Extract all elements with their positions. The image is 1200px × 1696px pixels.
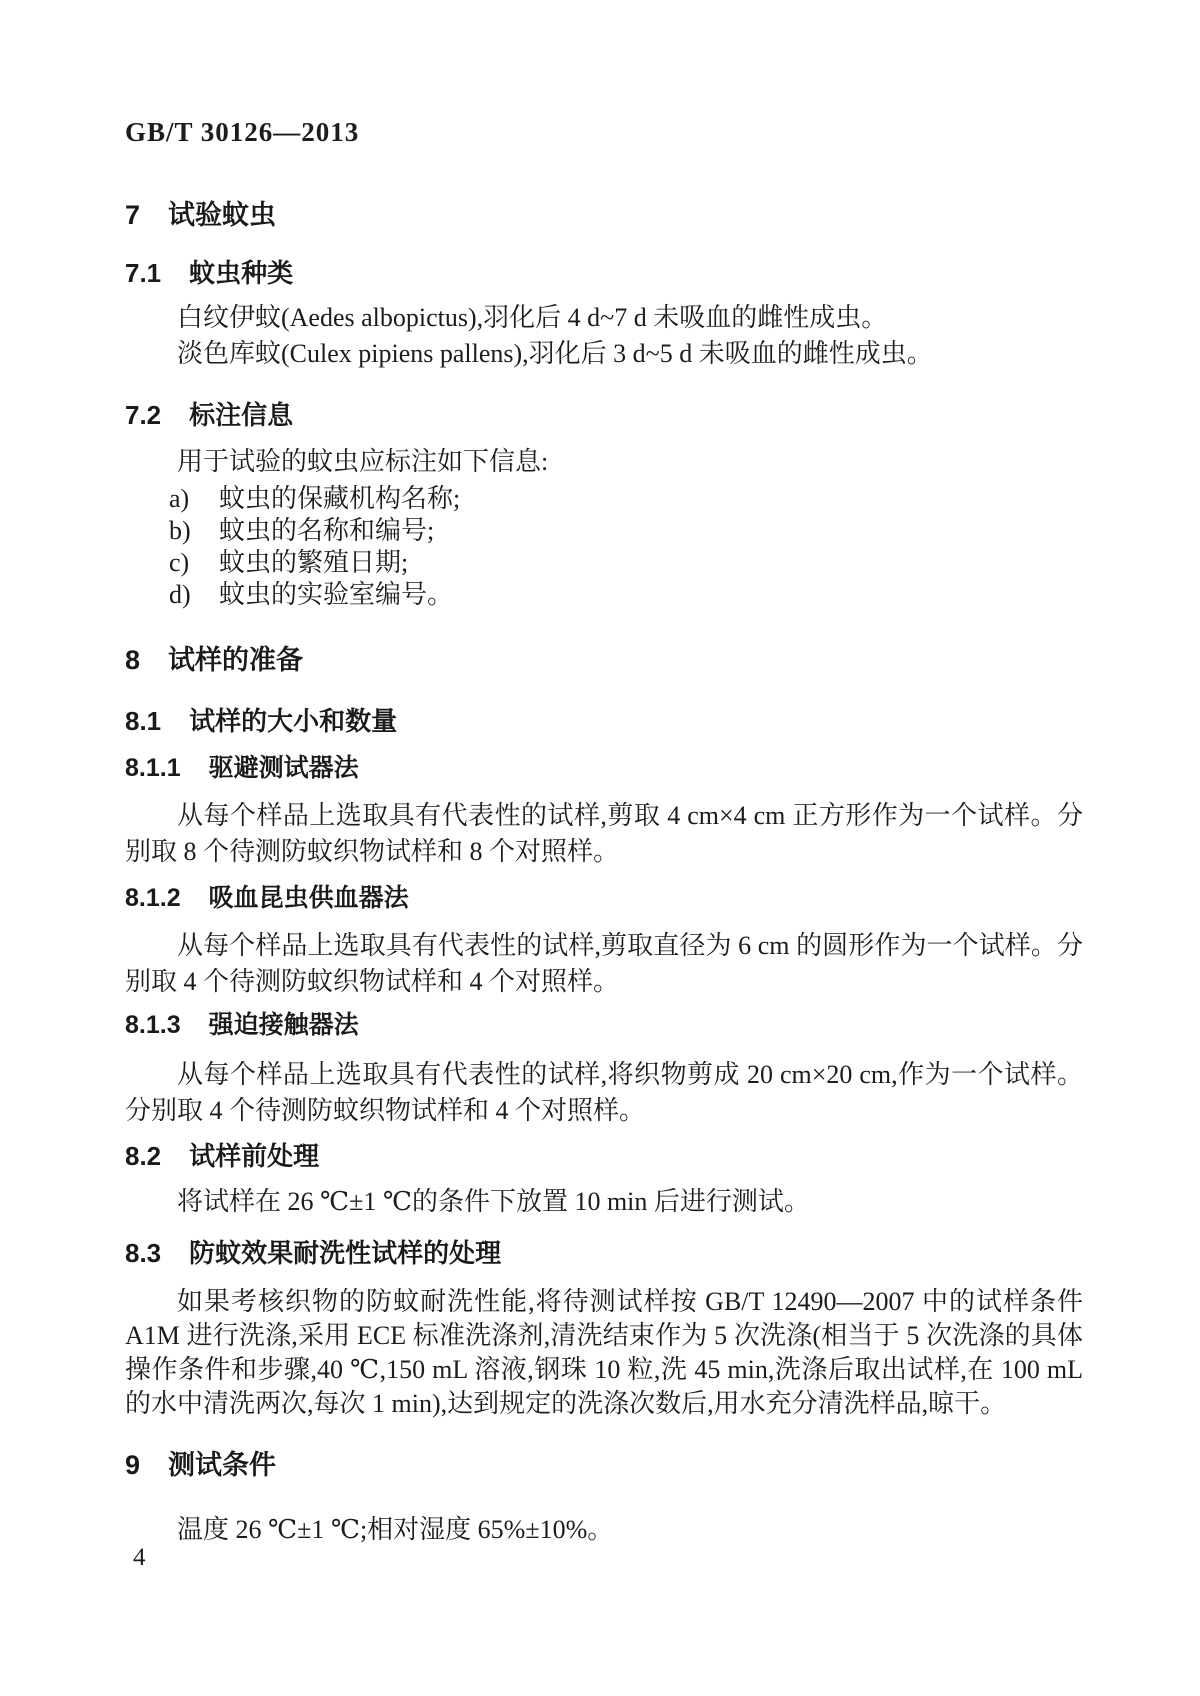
list-item-label: a)	[169, 483, 219, 515]
section-title: 强迫接触器法	[209, 1011, 359, 1039]
section-8-1-1-heading: 8.1.1驱避测试器法	[125, 753, 1083, 783]
section-title: 蚊虫种类	[189, 258, 293, 288]
section-title: 试样的准备	[168, 645, 303, 675]
section-title: 试样的大小和数量	[189, 706, 397, 736]
section-8-1-3-heading: 8.1.3强迫接触器法	[125, 1010, 1083, 1040]
standard-number-header: GB/T 30126—2013	[125, 118, 1083, 146]
section-number: 7	[125, 200, 140, 230]
section-title: 试验蚊虫	[168, 200, 276, 230]
section-title: 驱避测试器法	[209, 754, 359, 782]
section-number: 9	[125, 1450, 140, 1480]
paragraph: 淡色库蚊(Culex pipiens pallens),羽化后 3 d~5 d …	[125, 336, 1083, 372]
section-title: 标注信息	[189, 400, 293, 430]
section-number: 7.1	[125, 258, 161, 288]
paragraph: 从每个样品上选取具有代表性的试样,将织物剪成 20 cm×20 cm,作为一个试…	[125, 1057, 1083, 1129]
list-item-label: b)	[169, 515, 219, 547]
section-8-3-heading: 8.3防蚊效果耐洗性试样的处理	[125, 1238, 1083, 1268]
page-content: GB/T 30126—2013 7试验蚊虫 7.1蚊虫种类 白纹伊蚊(Aedes…	[125, 0, 1083, 1572]
section-8-1-heading: 8.1试样的大小和数量	[125, 706, 1083, 736]
section-number: 8.1.2	[125, 884, 181, 912]
section-8-heading: 8试样的准备	[125, 645, 1083, 675]
page-number: 4	[133, 1544, 1083, 1572]
list-item-label: d)	[169, 579, 219, 611]
section-7-1-heading: 7.1蚊虫种类	[125, 258, 1083, 288]
paragraph: 温度 26 ℃±1 ℃;相对湿度 65%±10%。	[125, 1512, 1083, 1548]
paragraph: 从每个样品上选取具有代表性的试样,剪取直径为 6 cm 的圆形作为一个试样。分别…	[125, 928, 1083, 1000]
list-item: d)蚊虫的实验室编号。	[125, 579, 1083, 611]
section-number: 8.1.1	[125, 754, 181, 782]
paragraph: 如果考核织物的防蚊耐洗性能,将待测试样按 GB/T 12490—2007 中的试…	[125, 1285, 1083, 1421]
section-number: 8.3	[125, 1238, 161, 1268]
section-8-1-2-heading: 8.1.2吸血昆虫供血器法	[125, 883, 1083, 913]
section-7-heading: 7试验蚊虫	[125, 200, 1083, 230]
paragraph: 从每个样品上选取具有代表性的试样,剪取 4 cm×4 cm 正方形作为一个试样。…	[125, 798, 1083, 870]
list-item-text: 蚊虫的繁殖日期;	[219, 547, 408, 579]
document-page: GB/T 30126—2013 7试验蚊虫 7.1蚊虫种类 白纹伊蚊(Aedes…	[0, 0, 1200, 1696]
paragraph: 用于试验的蚊虫应标注如下信息:	[125, 444, 1083, 480]
list-item: c)蚊虫的繁殖日期;	[125, 547, 1083, 579]
section-number: 8.1	[125, 706, 161, 736]
paragraph: 白纹伊蚊(Aedes albopictus),羽化后 4 d~7 d 未吸血的雌…	[125, 300, 1083, 336]
section-title: 试样前处理	[189, 1141, 319, 1171]
section-9-heading: 9测试条件	[125, 1450, 1083, 1480]
list-item-text: 蚊虫的名称和编号;	[219, 515, 434, 547]
section-title: 防蚊效果耐洗性试样的处理	[189, 1238, 501, 1268]
section-number: 8.1.3	[125, 1011, 181, 1039]
paragraph: 将试样在 26 ℃±1 ℃的条件下放置 10 min 后进行测试。	[125, 1184, 1083, 1220]
section-title: 吸血昆虫供血器法	[209, 884, 409, 912]
section-number: 7.2	[125, 400, 161, 430]
list-item: b)蚊虫的名称和编号;	[125, 515, 1083, 547]
list-item-text: 蚊虫的保藏机构名称;	[219, 483, 460, 515]
section-8-2-heading: 8.2试样前处理	[125, 1141, 1083, 1171]
list-item-label: c)	[169, 547, 219, 579]
section-number: 8	[125, 645, 140, 675]
list-item: a)蚊虫的保藏机构名称;	[125, 483, 1083, 515]
section-7-2-heading: 7.2标注信息	[125, 400, 1083, 430]
section-number: 8.2	[125, 1141, 161, 1171]
section-title: 测试条件	[168, 1450, 276, 1480]
list-item-text: 蚊虫的实验室编号。	[219, 579, 453, 611]
